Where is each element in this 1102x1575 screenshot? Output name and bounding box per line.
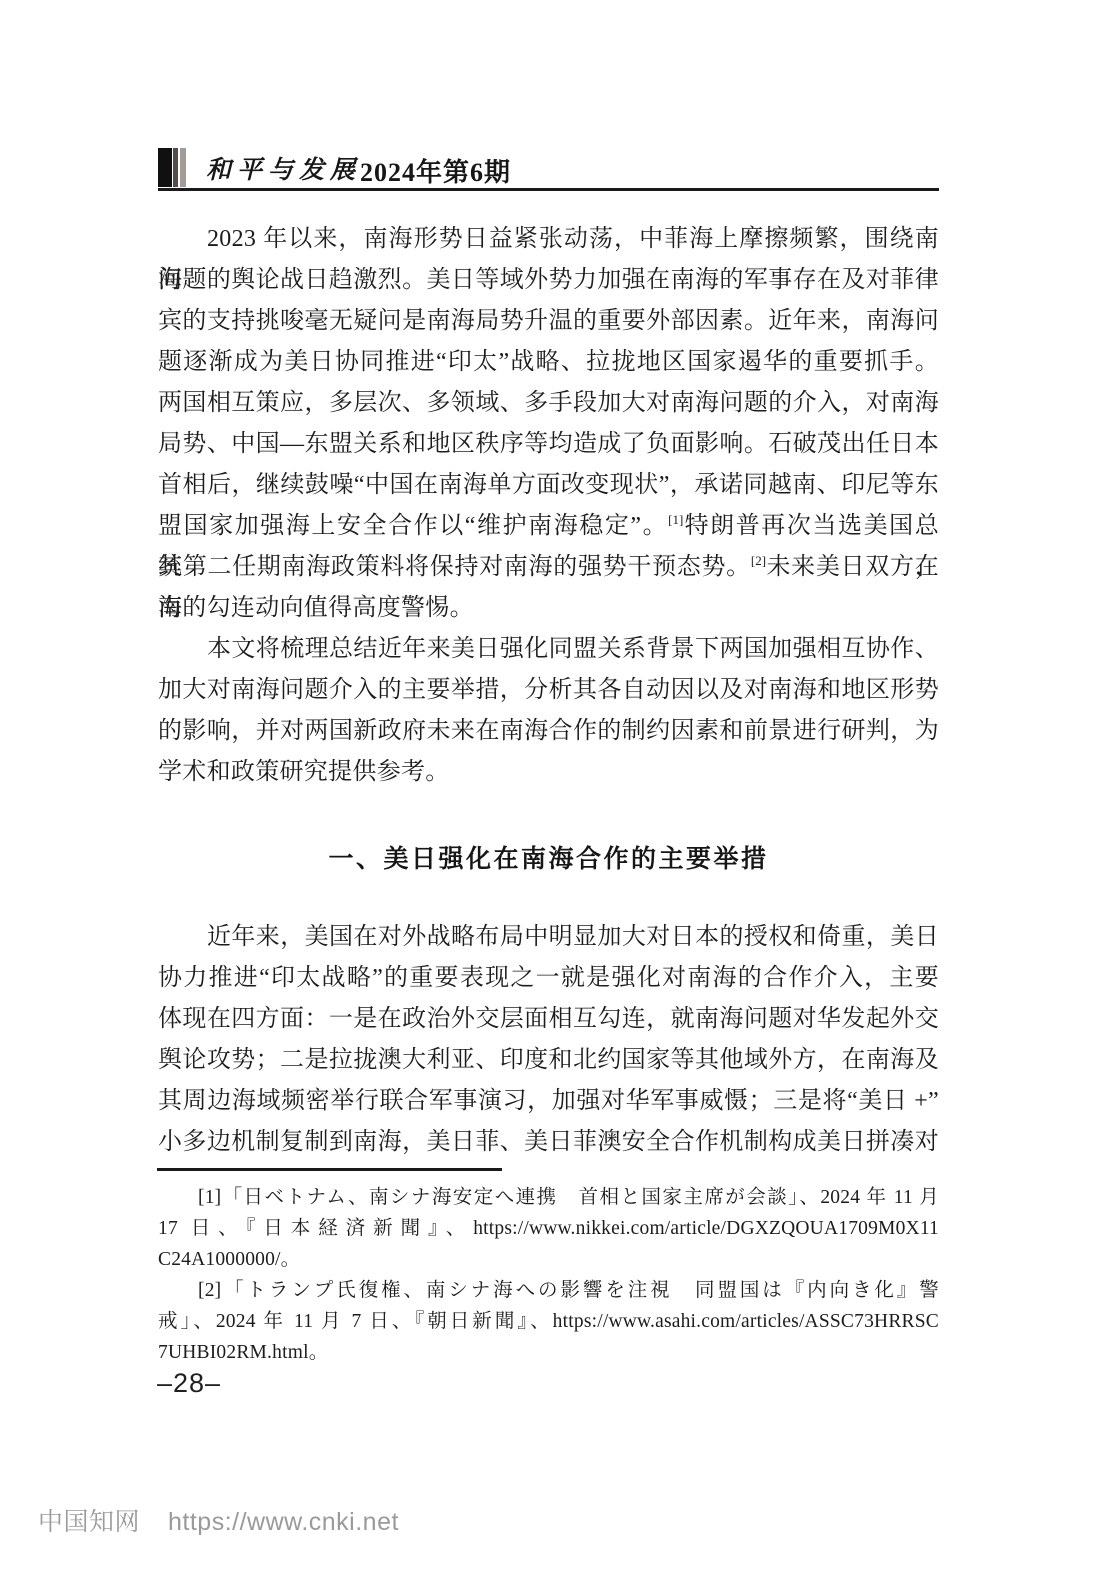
paragraph: 近年来，美国在对外战略布局中明显加大对日本的授权和倚重，美日协力推进“印太战略”… [158, 917, 939, 1163]
text-run: C24A1000000/。 [158, 1249, 300, 1270]
footnote-ref: [2] [751, 553, 766, 568]
header-rule [158, 188, 939, 191]
paragraph: 2023 年以来，南海形势日益紧张动荡，中菲海上摩擦频繁，围绕南海问题的舆论战日… [158, 219, 939, 629]
text-run: 题逐渐成为美日协同推进“印太”战略、拉拢地区国家遏华的重要抓手。 [158, 349, 939, 375]
text-run: 其第二任期南海政策料将保持对南海的强势干预态势。 [158, 554, 751, 580]
text-line: 题逐渐成为美日协同推进“印太”战略、拉拢地区国家遏华的重要抓手。 [158, 342, 939, 383]
journal-title: 和平与发展 [206, 150, 361, 186]
footnote: [1]「日ベトナム、南シナ海安定へ連携 首相と国家主席が会談」、2024 年 1… [158, 1182, 939, 1275]
intro-paragraphs: 2023 年以来，南海形势日益紧张动荡，中菲海上摩擦频繁，围绕南海问题的舆论战日… [158, 219, 939, 793]
text-run: [1]「日ベトナム、南シナ海安定へ連携 首相と国家主席が会談」、2024 年 1… [198, 1187, 939, 1208]
text-line: 局势、中国—东盟关系和地区秩序等均造成了负面影响。石破茂出任日本 [158, 424, 939, 465]
footnotes: [1]「日ベトナム、南シナ海安定へ連携 首相と国家主席が会談」、2024 年 1… [158, 1182, 939, 1368]
header-bar-light-gray [180, 148, 186, 187]
text-line: C24A1000000/。 [158, 1244, 939, 1275]
section-paragraphs: 近年来，美国在对外战略布局中明显加大对日本的授权和倚重，美日协力推进“印太战略”… [158, 917, 939, 1163]
header-bar-dark-gray [173, 148, 178, 187]
header-bar-black [158, 148, 172, 187]
text-line: 首相后，继续鼓噪“中国在南海单方面改变现状”，承诺同越南、印尼等东 [158, 465, 939, 506]
text-line: 7UHBI02RM.html。 [158, 1337, 939, 1368]
cnki-url[interactable]: https://www.cnki.net [168, 1508, 399, 1537]
text-run: 17 日、『日本経済新聞』、https://www.nikkei.com/art… [158, 1218, 939, 1239]
paragraph: 本文将梳理总结近年来美日强化同盟关系背景下两国加强相互协作、加大对南海问题介入的… [158, 629, 939, 793]
text-line: 其第二任期南海政策料将保持对南海的强势干预态势。[2]未来美日双方在南 [158, 547, 939, 588]
text-line: 近年来，美国在对外战略布局中明显加大对日本的授权和倚重，美日 [158, 917, 939, 958]
text-line: 协力推进“印太战略”的重要表现之一就是强化对南海的合作介入，主要 [158, 958, 939, 999]
header-bars-decoration [158, 148, 186, 187]
text-line: [2]「トランプ氏復権、南シナ海への影響を注視 同盟国は『内向き化』警 [158, 1275, 939, 1306]
text-run: 问题的舆论战日趋激烈。美日等域外势力加强在南海的军事存在及对菲律 [158, 267, 939, 293]
text-run: 本文将梳理总结近年来美日强化同盟关系背景下两国加强相互协作、 [207, 636, 939, 662]
text-run: 体现在四方面：一是在政治外交层面相互勾连，就南海问题对华发起外交 [158, 1006, 939, 1032]
text-line: 海的勾连动向值得高度警惕。 [158, 588, 939, 629]
cnki-footer: 中国知网 https://www.cnki.net [38, 1502, 399, 1538]
text-run: 盟国家加强海上安全合作以“维护南海稳定”。 [158, 513, 668, 539]
text-line: 两国相互策应，多层次、多领域、多手段加大对南海问题的介入，对南海 [158, 383, 939, 424]
text-line: 问题的舆论战日趋激烈。美日等域外势力加强在南海的军事存在及对菲律 [158, 260, 939, 301]
text-line: 舆论攻势；二是拉拢澳大利亚、印度和北约国家等其他域外方，在南海及 [158, 1040, 939, 1081]
text-run: 小多边机制复制到南海，美日菲、美日菲澳安全合作机制构成美日拼凑对 [158, 1129, 939, 1155]
text-run: 戒」、2024 年 11 月 7 日、『朝日新聞』、https://www.as… [158, 1311, 939, 1332]
text-run: 两国相互策应，多层次、多领域、多手段加大对南海问题的介入，对南海 [158, 390, 939, 416]
page-number: –28– [157, 1368, 221, 1399]
journal-issue: 2024年第6期 [360, 152, 511, 189]
text-line: 17 日、『日本経済新聞』、https://www.nikkei.com/art… [158, 1213, 939, 1244]
text-run: 宾的支持挑唆毫无疑问是南海局势升温的重要外部因素。近年来，南海问 [158, 308, 939, 334]
text-run: 局势、中国—东盟关系和地区秩序等均造成了负面影响。石破茂出任日本 [158, 431, 939, 457]
cnki-brand: 中国知网 [38, 1502, 140, 1538]
text-run: 首相后，继续鼓噪“中国在南海单方面改变现状”，承诺同越南、印尼等东 [158, 472, 939, 498]
text-line: 的影响，并对两国新政府未来在南海合作的制约因素和前景进行研判，为 [158, 711, 939, 752]
footnote-ref: [1] [668, 512, 683, 527]
text-run: [2]「トランプ氏復権、南シナ海への影響を注視 同盟国は『内向き化』警 [198, 1280, 939, 1301]
text-run: 协力推进“印太战略”的重要表现之一就是强化对南海的合作介入，主要 [158, 965, 939, 991]
text-line: 体现在四方面：一是在政治外交层面相互勾连，就南海问题对华发起外交 [158, 999, 939, 1040]
text-line: [1]「日ベトナム、南シナ海安定へ連携 首相と国家主席が会談」、2024 年 1… [158, 1182, 939, 1213]
section-heading: 一、美日强化在南海合作的主要举措 [158, 839, 939, 880]
footnote: [2]「トランプ氏復権、南シナ海への影響を注視 同盟国は『内向き化』警戒」、20… [158, 1275, 939, 1368]
text-run: 近年来，美国在对外战略布局中明显加大对日本的授权和倚重，美日 [207, 924, 939, 950]
text-line: 盟国家加强海上安全合作以“维护南海稳定”。[1]特朗普再次当选美国总统， [158, 506, 939, 547]
text-line: 其周边海域频密举行联合军事演习，加强对华军事威慑；三是将“美日 +” [158, 1081, 939, 1122]
text-line: 小多边机制复制到南海，美日菲、美日菲澳安全合作机制构成美日拼凑对 [158, 1122, 939, 1163]
journal-page: 和平与发展 2024年第6期 2023 年以来，南海形势日益紧张动荡，中菲海上摩… [0, 0, 1102, 1575]
text-line: 戒」、2024 年 11 月 7 日、『朝日新聞』、https://www.as… [158, 1306, 939, 1337]
text-run: 海的勾连动向值得高度警惕。 [158, 595, 474, 621]
text-run: 7UHBI02RM.html。 [158, 1342, 328, 1363]
text-run: 其周边海域频密举行联合军事演习，加强对华军事威慑；三是将“美日 +” [158, 1088, 939, 1114]
text-line: 宾的支持挑唆毫无疑问是南海局势升温的重要外部因素。近年来，南海问 [158, 301, 939, 342]
text-run: 学术和政策研究提供参考。 [158, 759, 450, 785]
article-body: 2023 年以来，南海形势日益紧张动荡，中菲海上摩擦频繁，围绕南海问题的舆论战日… [158, 219, 939, 1163]
text-run: 舆论攻势；二是拉拢澳大利亚、印度和北约国家等其他域外方，在南海及 [158, 1047, 939, 1073]
text-run: 加大对南海问题介入的主要举措，分析其各自动因以及对南海和地区形势 [158, 677, 939, 703]
text-line: 本文将梳理总结近年来美日强化同盟关系背景下两国加强相互协作、 [158, 629, 939, 670]
footnote-separator [157, 1168, 502, 1171]
text-run: 的影响，并对两国新政府未来在南海合作的制约因素和前景进行研判，为 [158, 718, 939, 744]
text-line: 2023 年以来，南海形势日益紧张动荡，中菲海上摩擦频繁，围绕南海 [158, 219, 939, 260]
text-line: 学术和政策研究提供参考。 [158, 752, 939, 793]
text-line: 加大对南海问题介入的主要举措，分析其各自动因以及对南海和地区形势 [158, 670, 939, 711]
